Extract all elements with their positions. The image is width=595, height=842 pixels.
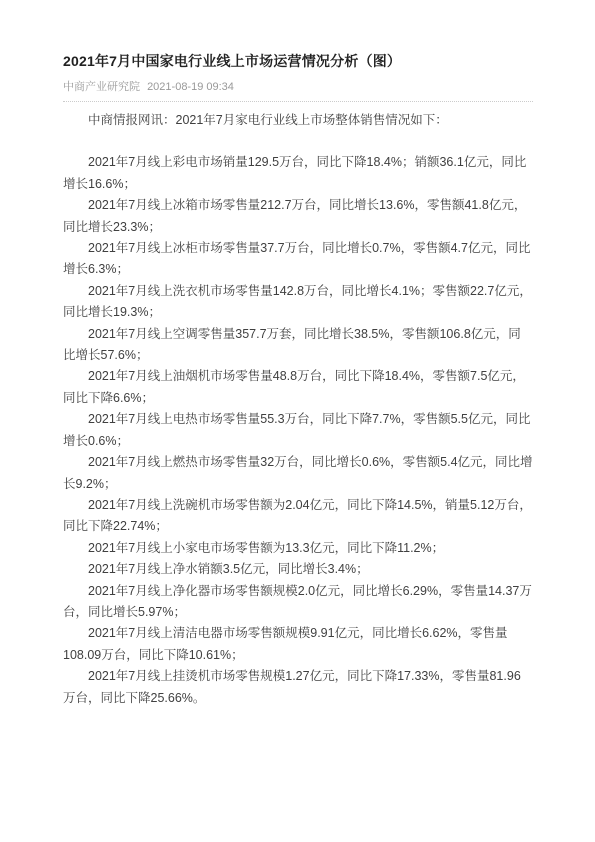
article-paragraph-aircon: 2021年7月线上空调零售量357.7万套，同比增长38.5%，零售额106.8… (63, 324, 533, 367)
article-intro-paragraph: 中商情报网讯：2021年7月家电行业线上市场整体销售情况如下： (63, 110, 533, 131)
article-paragraph-garment-steamer: 2021年7月线上挂烫机市场零售规模1.27亿元，同比下降17.33%，零售量8… (63, 666, 533, 709)
article-paragraph-electric-heater: 2021年7月线上电热市场零售量55.3万台，同比下降7.7%，零售额5.5亿元… (63, 409, 533, 452)
page-title: 2021年7月中国家电行业线上市场运营情况分析（图） (63, 51, 533, 71)
article-paragraph-dishwasher: 2021年7月线上洗碗机市场零售额为2.04亿元，同比下降14.5%，销量5.1… (63, 495, 533, 538)
article-paragraph-rangehood: 2021年7月线上油烟机市场零售量48.8万台，同比下降18.4%，零售额7.5… (63, 366, 533, 409)
article-paragraph-freezer: 2021年7月线上冰柜市场零售量37.7万台，同比增长0.7%，零售额4.7亿元… (63, 238, 533, 281)
article-paragraph-air-purifier: 2021年7月线上净化器市场零售额规模2.0亿元，同比增长6.29%，零售量14… (63, 581, 533, 624)
article-paragraph-water-purifier: 2021年7月线上净水销额3.5亿元，同比增长3.4%； (63, 559, 533, 580)
byline-source: 中商产业研究院 (63, 81, 140, 93)
article-paragraph-small-appliance: 2021年7月线上小家电市场零售额为13.3亿元，同比下降11.2%； (63, 538, 533, 559)
article-page: 2021年7月中国家电行业线上市场运营情况分析（图） 中商产业研究院 2021-… (0, 0, 595, 842)
dotted-divider (63, 101, 533, 102)
article-paragraph-tv: 2021年7月线上彩电市场销量129.5万台，同比下降18.4%；销额36.1亿… (63, 152, 533, 195)
article-paragraph-washer: 2021年7月线上洗衣机市场零售量142.8万台，同比增长4.1%；零售额22.… (63, 281, 533, 324)
article-paragraph-gas-heater: 2021年7月线上燃热市场零售量32万台，同比增长0.6%，零售额5.4亿元，同… (63, 452, 533, 495)
byline: 中商产业研究院 2021-08-19 09:34 (63, 80, 533, 94)
article-paragraph-fridge: 2021年7月线上冰箱市场零售量212.7万台，同比增长13.6%，零售额41.… (63, 195, 533, 238)
byline-datetime: 2021-08-19 09:34 (147, 81, 234, 93)
article-body: 中商情报网讯：2021年7月家电行业线上市场整体销售情况如下： 2021年7月线… (63, 110, 533, 709)
article-paragraph-cleaning: 2021年7月线上清洁电器市场零售额规模9.91亿元，同比增长6.62%，零售量… (63, 623, 533, 666)
